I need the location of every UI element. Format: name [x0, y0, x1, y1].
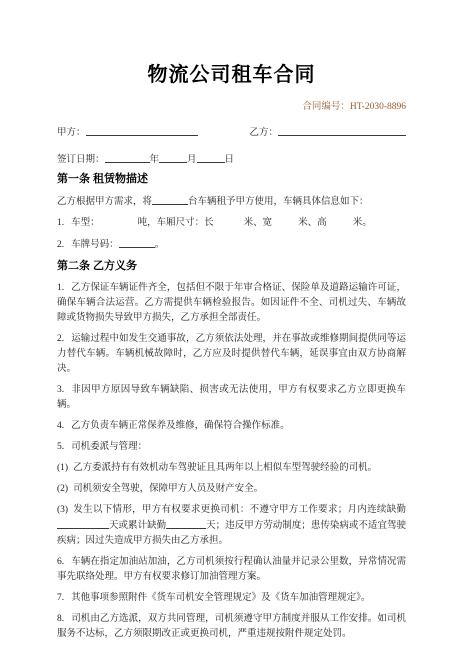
subclause-text-pre: 发生以下情形，甲方有权要求更换司机：不遵守甲方工作要求；月内连续缺勤	[73, 505, 406, 515]
section1-item-plate-number: 2.车牌号码：。	[57, 237, 406, 253]
plate-number-period: 。	[155, 240, 165, 250]
subclause-text-mid: 天或累计缺勤	[109, 521, 166, 531]
sign-date-label: 签订日期：	[57, 155, 105, 165]
sign-date-month-blank	[159, 152, 187, 163]
clause-text: 其他事项参照附件《货车司机安全管理规定》及《货车加油管理规定》。	[71, 593, 370, 603]
clause-number: 7.	[57, 593, 71, 603]
subclause-driver-change: (3)发生以下情形，甲方有权要求更换司机：不遵守甲方工作要求；月内连续缺勤天或累…	[57, 503, 406, 549]
clause-text: 乙方保证车辆证件齐全，包括但不限于年审合格证、保险单及道路运输许可证，确保车辆合…	[57, 283, 406, 323]
party-a-field: 甲方：	[57, 125, 198, 140]
meter-label: 米。	[353, 218, 372, 228]
plate-number-label: 车牌号码：	[71, 240, 119, 250]
contract-document: 物流公司租车合同 合同编号：HT-2030-8896 甲方： 乙方： 签订日期：…	[0, 0, 463, 655]
box-size-label: 吨，车厢尺寸：长	[138, 218, 214, 228]
section2-heading: 第二条 乙方义务	[57, 260, 406, 273]
clause-attachments: 7.其他事项参照附件《货车司机安全管理规定》及《货车加油管理规定》。	[57, 591, 406, 606]
width-gap	[272, 224, 298, 225]
sign-date-day-blank	[197, 152, 225, 163]
clause-text: 非因甲方原因导致车辆缺陷、损害或无法使用，甲方有权要求乙方立即更换车辆。	[57, 385, 406, 410]
party-b-field: 乙方：	[249, 125, 406, 140]
clause-accident: 2.运输过程中如发生交通事故，乙方须依法处理，并在事故或维修期间提供同等运力替代…	[57, 332, 406, 377]
subclause-driver-license: (1)乙方委派持有有效机动车驾驶证且具两年以上相似车型驾驶经验的司机。	[57, 461, 406, 476]
clause-text: 司机由乙方选派，双方共同管理，司机须遵守甲方制度并服从工作安排。如司机服务不达标…	[57, 614, 406, 639]
party-b-label: 乙方：	[249, 128, 278, 138]
item-number: 1.	[57, 218, 71, 228]
subclause-text: 乙方委派持有有效机动车驾驶证且具两年以上相似车型驾驶经验的司机。	[73, 463, 377, 473]
clause-text: 车辆在指定加油站加油，乙方司机须按行程确认油量并记录公里数，异常情况需事先联络处…	[57, 557, 406, 582]
clause-number: 5.	[57, 442, 71, 452]
sign-date-year-blank	[105, 152, 150, 163]
accumulated-days-blank	[166, 518, 206, 529]
section1-intro: 乙方根据甲方需求，将台车辆租予甲方使用，车辆具体信息如下：	[57, 194, 406, 210]
clause-refueling: 6.车辆在指定加油站加油，乙方司机须按行程确认油量并记录公里数，异常情况需事先联…	[57, 555, 406, 585]
width-label: 米、宽	[244, 218, 273, 228]
subclause-number: (3)	[57, 505, 73, 515]
absence-days-blank	[57, 518, 109, 529]
month-label: 月	[187, 155, 197, 165]
day-label: 日	[225, 155, 235, 165]
party-a-blank	[86, 125, 198, 136]
subclause-safe-driving: (2)司机须安全驾驶，保障甲方人员及财产安全。	[57, 482, 406, 497]
document-title: 物流公司租车合同	[57, 64, 406, 86]
clause-number: 3.	[57, 385, 71, 395]
length-gap	[214, 224, 244, 225]
section1-heading: 第一条 租赁物描述	[57, 173, 406, 186]
year-label: 年	[150, 155, 160, 165]
clause-number: 1.	[57, 283, 71, 293]
clause-number: 4.	[57, 421, 71, 431]
section1-item-vehicle-type: 1.车型：吨，车厢尺寸：长米、宽米、高米。	[57, 216, 406, 231]
clause-number: 8.	[57, 614, 71, 624]
contract-number-line: 合同编号：HT-2030-8896	[57, 101, 406, 114]
plate-number-blank	[119, 237, 155, 248]
clause-documents: 1.乙方保证车辆证件齐全，包括但不限于年审合格证、保险单及道路运输许可证，确保车…	[57, 281, 406, 326]
clause-driver-selection: 8.司机由乙方选派，双方共同管理，司机须遵守甲方制度并服从工作安排。如司机服务不…	[57, 612, 406, 642]
height-gap	[327, 224, 353, 225]
contract-number-label: 合同编号：	[302, 102, 350, 112]
clause-text: 运输过程中如发生交通事故，乙方须依法处理，并在事故或维修期间提供同等运力替代车辆…	[57, 334, 406, 374]
clause-number: 2.	[57, 334, 71, 344]
section1-intro-pre: 乙方根据甲方需求，将	[57, 197, 152, 207]
party-a-label: 甲方：	[57, 128, 86, 138]
sign-date-row: 签订日期：年月日	[57, 152, 406, 167]
clause-text: 司机委派与管理：	[71, 442, 147, 452]
tonnage-gap	[100, 224, 138, 225]
subclause-number: (1)	[57, 463, 73, 473]
contract-number-value: HT-2030-8896	[350, 102, 406, 112]
party-row: 甲方： 乙方：	[57, 125, 406, 140]
subclause-number: (2)	[57, 484, 73, 494]
subclause-text: 司机须安全驾驶，保障甲方人员及财产安全。	[73, 484, 263, 494]
height-label: 米、高	[298, 218, 327, 228]
clause-text: 乙方负责车辆正常保养及维修，确保符合操作标准。	[71, 421, 290, 431]
clause-driver-management: 5.司机委派与管理：	[57, 440, 406, 455]
vehicle-type-label: 车型：	[71, 218, 100, 228]
clause-replacement: 3.非因甲方原因导致车辆缺陷、损害或无法使用，甲方有权要求乙方立即更换车辆。	[57, 383, 406, 413]
party-b-blank	[278, 125, 406, 136]
clause-maintenance: 4.乙方负责车辆正常保养及维修，确保符合操作标准。	[57, 419, 406, 434]
section1-intro-post: 台车辆租予甲方使用，车辆具体信息如下：	[188, 197, 369, 207]
item-number: 2.	[57, 240, 71, 250]
vehicle-count-blank	[152, 194, 188, 205]
clause-number: 6.	[57, 557, 71, 567]
